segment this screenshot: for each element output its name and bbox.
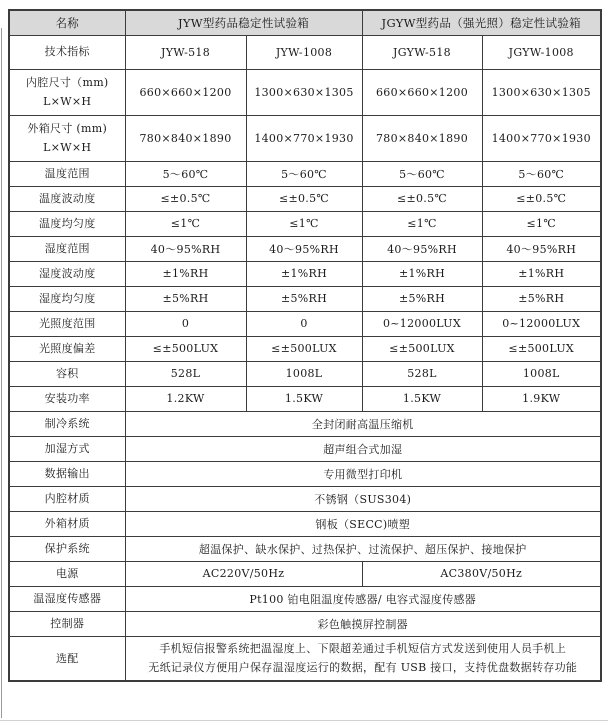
value-cell: 660×660×1200 (125, 69, 246, 115)
row-label: 外箱尺寸 (mm)L×W×H (9, 115, 125, 161)
row-label-text: 保护系统 (13, 539, 122, 558)
row-label: 光照度范围 (9, 311, 125, 336)
row-label: 温湿度传感器 (9, 586, 125, 611)
value-line: 无纸记录仪方便用户保存温湿度运行的数据，配有 USB 接口，支持优盘数据转存功能 (129, 658, 598, 677)
value-cell: ≤±500LUX (362, 336, 482, 361)
row-label: 电源 (9, 561, 125, 586)
table-row: 保护系统超温保护、缺水保护、过热保护、过流保护、超压保护、接地保护 (9, 536, 601, 561)
spec-table: 名称 JYW型药品稳定性试验箱 JGYW型药品（强光照）稳定性试验箱 技术指标J… (8, 9, 602, 682)
table-row: 容积528L1008L528L1008L (9, 361, 601, 386)
value-cell: 40～95%RH (246, 236, 362, 261)
value-cell: ≤±500LUX (482, 336, 601, 361)
value-cell: ≤±0.5℃ (125, 186, 246, 211)
row-label: 加湿方式 (9, 436, 125, 461)
value-cell: 40～95%RH (125, 236, 246, 261)
value-cell: 1008L (246, 361, 362, 386)
row-label: 湿度均匀度 (9, 286, 125, 311)
table-row: 外箱材质钢板（SECC)喷塑 (9, 511, 601, 536)
row-label: 容积 (9, 361, 125, 386)
header-name-label: 名称 (9, 10, 125, 35)
value-cell: JGYW-1008 (482, 35, 601, 69)
table-row: 内腔尺寸（mm)L×W×H660×660×12001300×630×130566… (9, 69, 601, 115)
value-cell: 1.2KW (125, 386, 246, 411)
row-label-text: 制冷系统 (13, 414, 122, 433)
table-row: 湿度范围40～95%RH40～95%RH40～95%RH40～95%RH (9, 236, 601, 261)
row-label-text: 光照度偏差 (13, 339, 122, 358)
row-label-text: 安装功率 (13, 389, 122, 408)
value-cell: 5～60℃ (246, 161, 362, 186)
table-row: 湿度波动度±1%RH±1%RH±1%RH±1%RH (9, 261, 601, 286)
value-cell: ±5%RH (246, 286, 362, 311)
scan-edge-vertical-line (1, 28, 2, 718)
row-label-text: 湿度范围 (13, 239, 122, 258)
value-cell: 超温保护、缺水保护、过热保护、过流保护、超压保护、接地保护 (125, 536, 601, 561)
row-label: 技术指标 (9, 35, 125, 69)
row-label-text: 内腔材质 (13, 489, 122, 508)
row-label: 温度波动度 (9, 186, 125, 211)
table-row: 光照度偏差≤±500LUX≤±500LUX≤±500LUX≤±500LUX (9, 336, 601, 361)
table-row: 外箱尺寸 (mm)L×W×H780×840×18901400×770×19307… (9, 115, 601, 161)
value-cell: 1300×630×1305 (246, 69, 362, 115)
value-cell: 0~12000LUX (482, 311, 601, 336)
value-cell: 660×660×1200 (362, 69, 482, 115)
value-cell: ±1%RH (125, 261, 246, 286)
table-row: 技术指标JYW-518JYW-1008JGYW-518JGYW-1008 (9, 35, 601, 69)
table-row: 数据输出专用微型打印机 (9, 461, 601, 486)
table-header-row: 名称 JYW型药品稳定性试验箱 JGYW型药品（强光照）稳定性试验箱 (9, 10, 601, 35)
value-cell: 5～60℃ (362, 161, 482, 186)
value-cell: 528L (362, 361, 482, 386)
value-cell: ≤±0.5℃ (362, 186, 482, 211)
value-cell: Pt100 铂电阻温度传感器/ 电容式湿度传感器 (125, 586, 601, 611)
value-cell: ±5%RH (125, 286, 246, 311)
value-cell: 780×840×1890 (362, 115, 482, 161)
table-row: 电源AC220V/50HzAC380V/50Hz (9, 561, 601, 586)
row-label-text: 外箱尺寸 (mm) (13, 119, 122, 138)
row-label-text: 技术指标 (13, 42, 122, 61)
table-row: 光照度范围000~12000LUX0~12000LUX (9, 311, 601, 336)
row-label: 内腔尺寸（mm)L×W×H (9, 69, 125, 115)
row-label: 控制器 (9, 611, 125, 636)
table-row: 加湿方式超声组合式加湿 (9, 436, 601, 461)
table-row: 内腔材质不锈钢（SUS304) (9, 486, 601, 511)
value-cell: ≤1℃ (362, 211, 482, 236)
value-cell: ≤±0.5℃ (482, 186, 601, 211)
value-cell: 1.5KW (362, 386, 482, 411)
value-cell: 1.5KW (246, 386, 362, 411)
value-cell: 528L (125, 361, 246, 386)
row-label-text: 光照度范围 (13, 314, 122, 333)
row-label: 保护系统 (9, 536, 125, 561)
row-label-text: 湿度波动度 (13, 264, 122, 283)
row-label-text: 控制器 (13, 614, 122, 633)
value-cell: 1.9KW (482, 386, 601, 411)
value-cell: ±5%RH (482, 286, 601, 311)
value-cell: 40～95%RH (362, 236, 482, 261)
scan-edge-horizontal-line (0, 720, 608, 721)
row-label-subtext: L×W×H (13, 92, 122, 111)
header-group-jgyw: JGYW型药品（强光照）稳定性试验箱 (362, 10, 601, 35)
row-label: 温度范围 (9, 161, 125, 186)
header-group-jyw: JYW型药品稳定性试验箱 (125, 10, 362, 35)
row-label: 湿度波动度 (9, 261, 125, 286)
value-cell: JYW-1008 (246, 35, 362, 69)
value-cell: 40～95%RH (482, 236, 601, 261)
value-cell: ≤±0.5℃ (246, 186, 362, 211)
table-row: 温度均匀度≤1℃≤1℃≤1℃≤1℃ (9, 211, 601, 236)
row-label-text: 选配 (13, 649, 122, 668)
table-row: 制冷系统全封闭耐高温压缩机 (9, 411, 601, 436)
table-row: 安装功率1.2KW1.5KW1.5KW1.9KW (9, 386, 601, 411)
value-cell: JGYW-518 (362, 35, 482, 69)
table-row: 选配手机短信报警系统把温湿度上、下限超差通过手机短信方式发送到使用人员手机上无纸… (9, 636, 601, 681)
value-cell: 超声组合式加湿 (125, 436, 601, 461)
value-cell: ≤1℃ (125, 211, 246, 236)
row-label-text: 温度均匀度 (13, 214, 122, 233)
value-cell: JYW-518 (125, 35, 246, 69)
value-cell: 0 (125, 311, 246, 336)
value-cell: AC220V/50Hz (125, 561, 362, 586)
row-label: 数据输出 (9, 461, 125, 486)
value-cell: ≤±500LUX (125, 336, 246, 361)
row-label-text: 温度波动度 (13, 189, 122, 208)
table-row: 控制器彩色触摸屏控制器 (9, 611, 601, 636)
table-row: 温湿度传感器Pt100 铂电阻温度传感器/ 电容式湿度传感器 (9, 586, 601, 611)
value-cell: 手机短信报警系统把温湿度上、下限超差通过手机短信方式发送到使用人员手机上无纸记录… (125, 636, 601, 681)
row-label: 安装功率 (9, 386, 125, 411)
value-cell: ≤1℃ (482, 211, 601, 236)
value-line: 手机短信报警系统把温湿度上、下限超差通过手机短信方式发送到使用人员手机上 (129, 639, 598, 658)
value-cell: ≤1℃ (246, 211, 362, 236)
row-label-text: 温度范围 (13, 164, 122, 183)
value-cell: AC380V/50Hz (362, 561, 601, 586)
table-row: 温度波动度≤±0.5℃≤±0.5℃≤±0.5℃≤±0.5℃ (9, 186, 601, 211)
table-row: 温度范围5～60℃5～60℃5～60℃5～60℃ (9, 161, 601, 186)
value-cell: 彩色触摸屏控制器 (125, 611, 601, 636)
value-cell: 5～60℃ (125, 161, 246, 186)
value-cell: ±1%RH (362, 261, 482, 286)
value-cell: ±5%RH (362, 286, 482, 311)
row-label-text: 数据输出 (13, 464, 122, 483)
value-cell: 1008L (482, 361, 601, 386)
value-cell: ±1%RH (246, 261, 362, 286)
value-cell: 专用微型打印机 (125, 461, 601, 486)
row-label-subtext: L×W×H (13, 138, 122, 157)
row-label-text: 湿度均匀度 (13, 289, 122, 308)
row-label: 湿度范围 (9, 236, 125, 261)
table-body: 技术指标JYW-518JYW-1008JGYW-518JGYW-1008内腔尺寸… (9, 35, 601, 681)
row-label: 外箱材质 (9, 511, 125, 536)
row-label: 温度均匀度 (9, 211, 125, 236)
value-cell: ±1%RH (482, 261, 601, 286)
value-cell: ≤±500LUX (246, 336, 362, 361)
row-label: 光照度偏差 (9, 336, 125, 361)
value-cell: 不锈钢（SUS304) (125, 486, 601, 511)
row-label-text: 电源 (13, 564, 122, 583)
row-label: 内腔材质 (9, 486, 125, 511)
value-cell: 5～60℃ (482, 161, 601, 186)
value-cell: 0 (246, 311, 362, 336)
row-label-text: 内腔尺寸（mm) (13, 73, 122, 92)
row-label-text: 外箱材质 (13, 514, 122, 533)
row-label: 制冷系统 (9, 411, 125, 436)
row-label-text: 温湿度传感器 (13, 589, 122, 608)
value-cell: 780×840×1890 (125, 115, 246, 161)
table-row: 湿度均匀度±5%RH±5%RH±5%RH±5%RH (9, 286, 601, 311)
value-cell: 钢板（SECC)喷塑 (125, 511, 601, 536)
value-cell: 1300×630×1305 (482, 69, 601, 115)
row-label: 选配 (9, 636, 125, 681)
value-cell: 0~12000LUX (362, 311, 482, 336)
value-cell: 1400×770×1930 (482, 115, 601, 161)
row-label-text: 容积 (13, 364, 122, 383)
row-label-text: 加湿方式 (13, 439, 122, 458)
value-cell: 全封闭耐高温压缩机 (125, 411, 601, 436)
value-cell: 1400×770×1930 (246, 115, 362, 161)
